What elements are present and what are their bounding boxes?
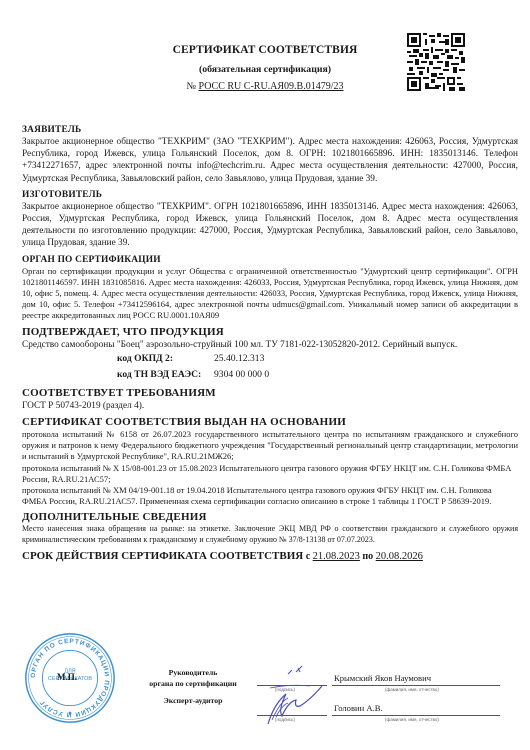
- okpd-code-row: код ОКПД 2: 25.40.12.313: [117, 351, 518, 367]
- certificate-number-value: РОСС RU С-RU.АЯ09.В.01479/23: [199, 81, 344, 92]
- certificate-body: ЗАЯВИТЕЛЬ Закрытое акционерное общество …: [22, 124, 518, 562]
- cert-body-text: Орган по сертификации продукции и услуг …: [22, 266, 518, 322]
- okpd-code-label: код ОКПД 2:: [117, 351, 214, 367]
- cert-body-section: ОРГАН ПО СЕРТИФИКАЦИИ Орган по сертифика…: [22, 254, 518, 322]
- validity-period: СРОК ДЕЙСТВИЯ СЕРТИФИКАТА СООТВЕТСТВИЯ с…: [22, 550, 518, 562]
- additional-text: Место нанесения знака обращения на рынке…: [22, 524, 518, 545]
- applicant-heading: ЗАЯВИТЕЛЬ: [22, 124, 518, 136]
- requirements-text: ГОСТ Р 50743-2019 (раздел 4).: [22, 400, 518, 412]
- product-text: Средство самообороны "Боец" аэрозольно-с…: [22, 339, 518, 351]
- role-head-label: Руководитель органа по сертификации: [148, 667, 238, 689]
- expert-name-caption: (фамилия, имя, отчество): [385, 717, 439, 722]
- qr-code-icon: [407, 33, 465, 91]
- tnved-code-label: код ТН ВЭД ЕАЭС:: [117, 367, 214, 383]
- head-name-caption: (фамилия, имя, отчество): [385, 687, 439, 692]
- applicant-text: Закрытое акционерное общество "ТЕХКРИМ" …: [22, 136, 518, 185]
- basis-protocol-1: протокола испытаний № 6158 от 26.07.2023…: [22, 429, 518, 463]
- tnved-code-row: код ТН ВЭД ЕАЭС: 9304 00 000 0: [117, 367, 518, 383]
- expert-name-line: [332, 715, 500, 716]
- product-section: ПОДТВЕРЖДАЕТ, ЧТО ПРОДУКЦИЯ Средство сам…: [22, 326, 518, 383]
- role-head-line2: органа по сертификации: [148, 678, 238, 689]
- head-name-line: [332, 685, 500, 686]
- requirements-section: СООТВЕТСТВУЕТ ТРЕБОВАНИЯМ ГОСТ Р 50743-2…: [22, 387, 518, 412]
- additional-section: ДОПОЛНИТЕЛЬНЫЕ СВЕДЕНИЯ Место нанесения …: [22, 511, 518, 545]
- certificate-number-prefix: №: [186, 81, 198, 92]
- basis-heading: СЕРТИФИКАТ СООТВЕТСТВИЯ ВЫДАН НА ОСНОВАН…: [22, 416, 518, 429]
- requirements-heading: СООТВЕТСТВУЕТ ТРЕБОВАНИЯМ: [22, 387, 518, 400]
- manufacturer-heading: ИЗГОТОВИТЕЛЬ: [22, 189, 518, 201]
- role-expert-label: Эксперт-аудитор: [148, 696, 238, 705]
- validity-from-date: 21.08.2023: [313, 551, 360, 562]
- expert-name: Головин А.В.: [334, 703, 383, 713]
- basis-section: СЕРТИФИКАТ СООТВЕТСТВИЯ ВЫДАН НА ОСНОВАН…: [22, 416, 518, 507]
- manufacturer-section: ИЗГОТОВИТЕЛЬ Закрытое акционерное общест…: [22, 189, 518, 250]
- cert-body-heading: ОРГАН ПО СЕРТИФИКАЦИИ: [22, 254, 518, 266]
- validity-to-word: по: [360, 551, 376, 562]
- manufacturer-text: Закрытое акционерное общество "ТЕХКРИМ".…: [22, 201, 518, 250]
- stamp-place-label: М.П.: [57, 672, 77, 682]
- product-heading: ПОДТВЕРЖДАЕТ, ЧТО ПРОДУКЦИЯ: [22, 326, 518, 339]
- applicant-section: ЗАЯВИТЕЛЬ Закрытое акционерное общество …: [22, 124, 518, 185]
- validity-label: СРОК ДЕЙСТВИЯ СЕРТИФИКАТА СООТВЕТСТВИЯ: [22, 550, 303, 562]
- basis-protocol-2: протокола испытаний № Х 15/08-001.23 от …: [22, 463, 518, 485]
- handwritten-signature-icon: [258, 662, 338, 732]
- additional-heading: ДОПОЛНИТЕЛЬНЫЕ СВЕДЕНИЯ: [22, 511, 518, 524]
- validity-to-date: 20.08.2026: [376, 551, 423, 562]
- head-name: Крымский Яков Наумович: [334, 673, 431, 683]
- tnved-code-value: 9304 00 000 0: [214, 367, 269, 383]
- role-head-line1: Руководитель: [148, 667, 238, 678]
- basis-protocol-3: протокола испытаний № ХМ 04/19-001.18 от…: [22, 485, 518, 507]
- okpd-code-value: 25.40.12.313: [214, 351, 264, 367]
- validity-from-word: с: [303, 551, 312, 562]
